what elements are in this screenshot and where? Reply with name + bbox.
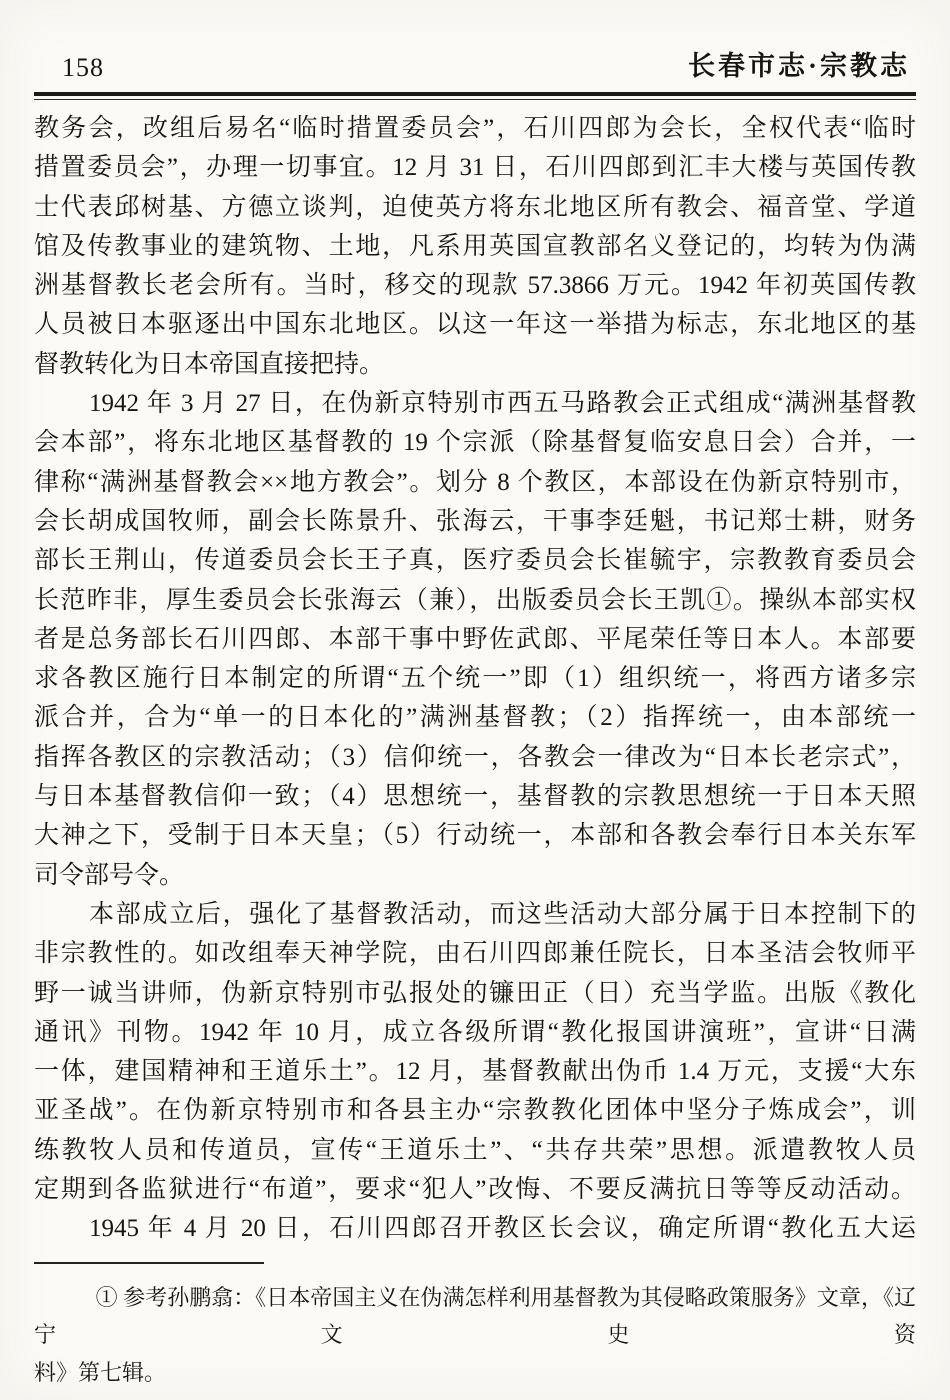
text-line: 洲基督教长老会所有。当时，移交的现款 57.3866 万元。1942 年初英国传… [34, 266, 916, 305]
header-divider [34, 92, 916, 100]
paragraph: 1945 年 4 月 20 日，石川四郎召开教区长会议，确定所谓“教化五大运 [34, 1209, 916, 1248]
text-line: 人员被日本驱逐出中国东北地区。以这一年这一举措为标志，东北地区的基 [34, 305, 916, 344]
text-line: 求各教区施行日本制定的所谓“五个统一”即（1）组织统一，将西方诸多宗 [34, 659, 916, 698]
footnote-line: ① 参考孙鹏翕：《日本帝国主义在伪满怎样利用基督教为其侵略政策服务》文章，《辽宁… [34, 1279, 916, 1354]
text-line: 馆及传教事业的建筑物、土地，凡系用英国宣教部名义登记的，均转为伪满 [34, 227, 916, 266]
text-line: 1942 年 3 月 27 日，在伪新京特别市西五马路教会正式组成“满洲基督教 [34, 384, 916, 423]
text-line: 野一诚当讲师，伪新京特别市弘报处的镰田正（日）充当学监。出版《教化 [34, 974, 916, 1013]
text-line: 亚圣战”。在伪新京特别市和各县主办“宗教教化团体中坚分子炼成会”，训 [34, 1091, 916, 1130]
footnote: ① 参考孙鹏翕：《日本帝国主义在伪满怎样利用基督教为其侵略政策服务》文章，《辽宁… [34, 1279, 916, 1392]
text-line: 会本部”，将东北地区基督教的 19 个宗派（除基督复临安息日会）合并，一 [34, 423, 916, 462]
text-line: 长范昨非，厚生委员会长张海云（兼），出版委员会长王凯①。操纵本部实权 [34, 581, 916, 620]
text-line: 1945 年 4 月 20 日，石川四郎召开教区长会议，确定所谓“教化五大运 [34, 1209, 916, 1248]
text-line: 督教转化为日本帝国直接把持。 [34, 345, 916, 384]
page-header: 158 长春市志·宗教志 [34, 44, 916, 83]
text-line: 定期到各监狱进行“布道”，要求“犯人”改悔、不要反满抗日等等反动活动。 [34, 1170, 916, 1209]
page-number: 158 [62, 53, 104, 83]
text-line: 通讯》刊物。1942 年 10 月，成立各级所谓“教化报国讲演班”，宣讲“日满 [34, 1013, 916, 1052]
paragraph: 本部成立后，强化了基督教活动，而这些活动大部分属于日本控制下的非宗教性的。如改组… [34, 895, 916, 1209]
text-line: 与日本基督教信仰一致；（4）思想统一，基督教的宗教思想统一于日本天照 [34, 777, 916, 816]
text-line: 措置委员会”，办理一切事宜。12 月 31 日，石川四郎到汇丰大楼与英国传教 [34, 148, 916, 187]
paragraph: 教务会，改组后易名“临时措置委员会”，石川四郎为会长，全权代表“临时措置委员会”… [34, 109, 916, 384]
text-line: 大神之下，受制于日本天皇；（5）行动统一，本部和各教会奉行日本关东军 [34, 816, 916, 855]
text-line: 教务会，改组后易名“临时措置委员会”，石川四郎为会长，全权代表“临时 [34, 109, 916, 148]
body-text: 教务会，改组后易名“临时措置委员会”，石川四郎为会长，全权代表“临时措置委员会”… [34, 109, 916, 1249]
paragraph: 1942 年 3 月 27 日，在伪新京特别市西五马路教会正式组成“满洲基督教会… [34, 384, 916, 895]
text-line: 本部成立后，强化了基督教活动，而这些活动大部分属于日本控制下的 [34, 895, 916, 934]
book-title: 长春市志·宗教志 [688, 44, 910, 83]
scanned-book-page: 158 长春市志·宗教志 教务会，改组后易名“临时措置委员会”，石川四郎为会长，… [0, 0, 950, 1400]
text-line: 司令部号令。 [34, 856, 916, 895]
text-line: 派合并，合为“单一的日本化的”满洲基督教；（2）指挥统一，由本部统一 [34, 698, 916, 737]
text-line: 一体，建国精神和王道乐土”。12 月，基督教献出伪币 1.4 万元，支援“大东 [34, 1052, 916, 1091]
text-line: 律称“满洲基督教会××地方教会”。划分 8 个教区，本部设在伪新京特别市， [34, 463, 916, 502]
footnote-line: 料》第七辑。 [34, 1354, 916, 1392]
text-line: 非宗教性的。如改组奉天神学院，由石川四郎兼任院长，日本圣洁会牧师平 [34, 934, 916, 973]
text-line: 练教牧人员和传道员，宣传“王道乐土”、“共存共荣”思想。派遣教牧人员 [34, 1131, 916, 1170]
footnote-divider [34, 1262, 264, 1264]
text-line: 会长胡成国牧师，副会长陈景升、张海云，干事李廷魁，书记郑士耕，财务 [34, 502, 916, 541]
text-line: 指挥各教区的宗教活动；（3）信仰统一，各教会一律改为“日本长老宗式”， [34, 738, 916, 777]
text-line: 者是总务部长石川四郎、本部干事中野佐武郎、平尾荣任等日本人。本部要 [34, 620, 916, 659]
text-line: 士代表邱树基、方德立谈判，迫使英方将东北地区所有教会、福音堂、学道 [34, 188, 916, 227]
text-line: 部长王荆山，传道委员会长王子真，医疗委员会长崔毓宇，宗教教育委员会 [34, 541, 916, 580]
